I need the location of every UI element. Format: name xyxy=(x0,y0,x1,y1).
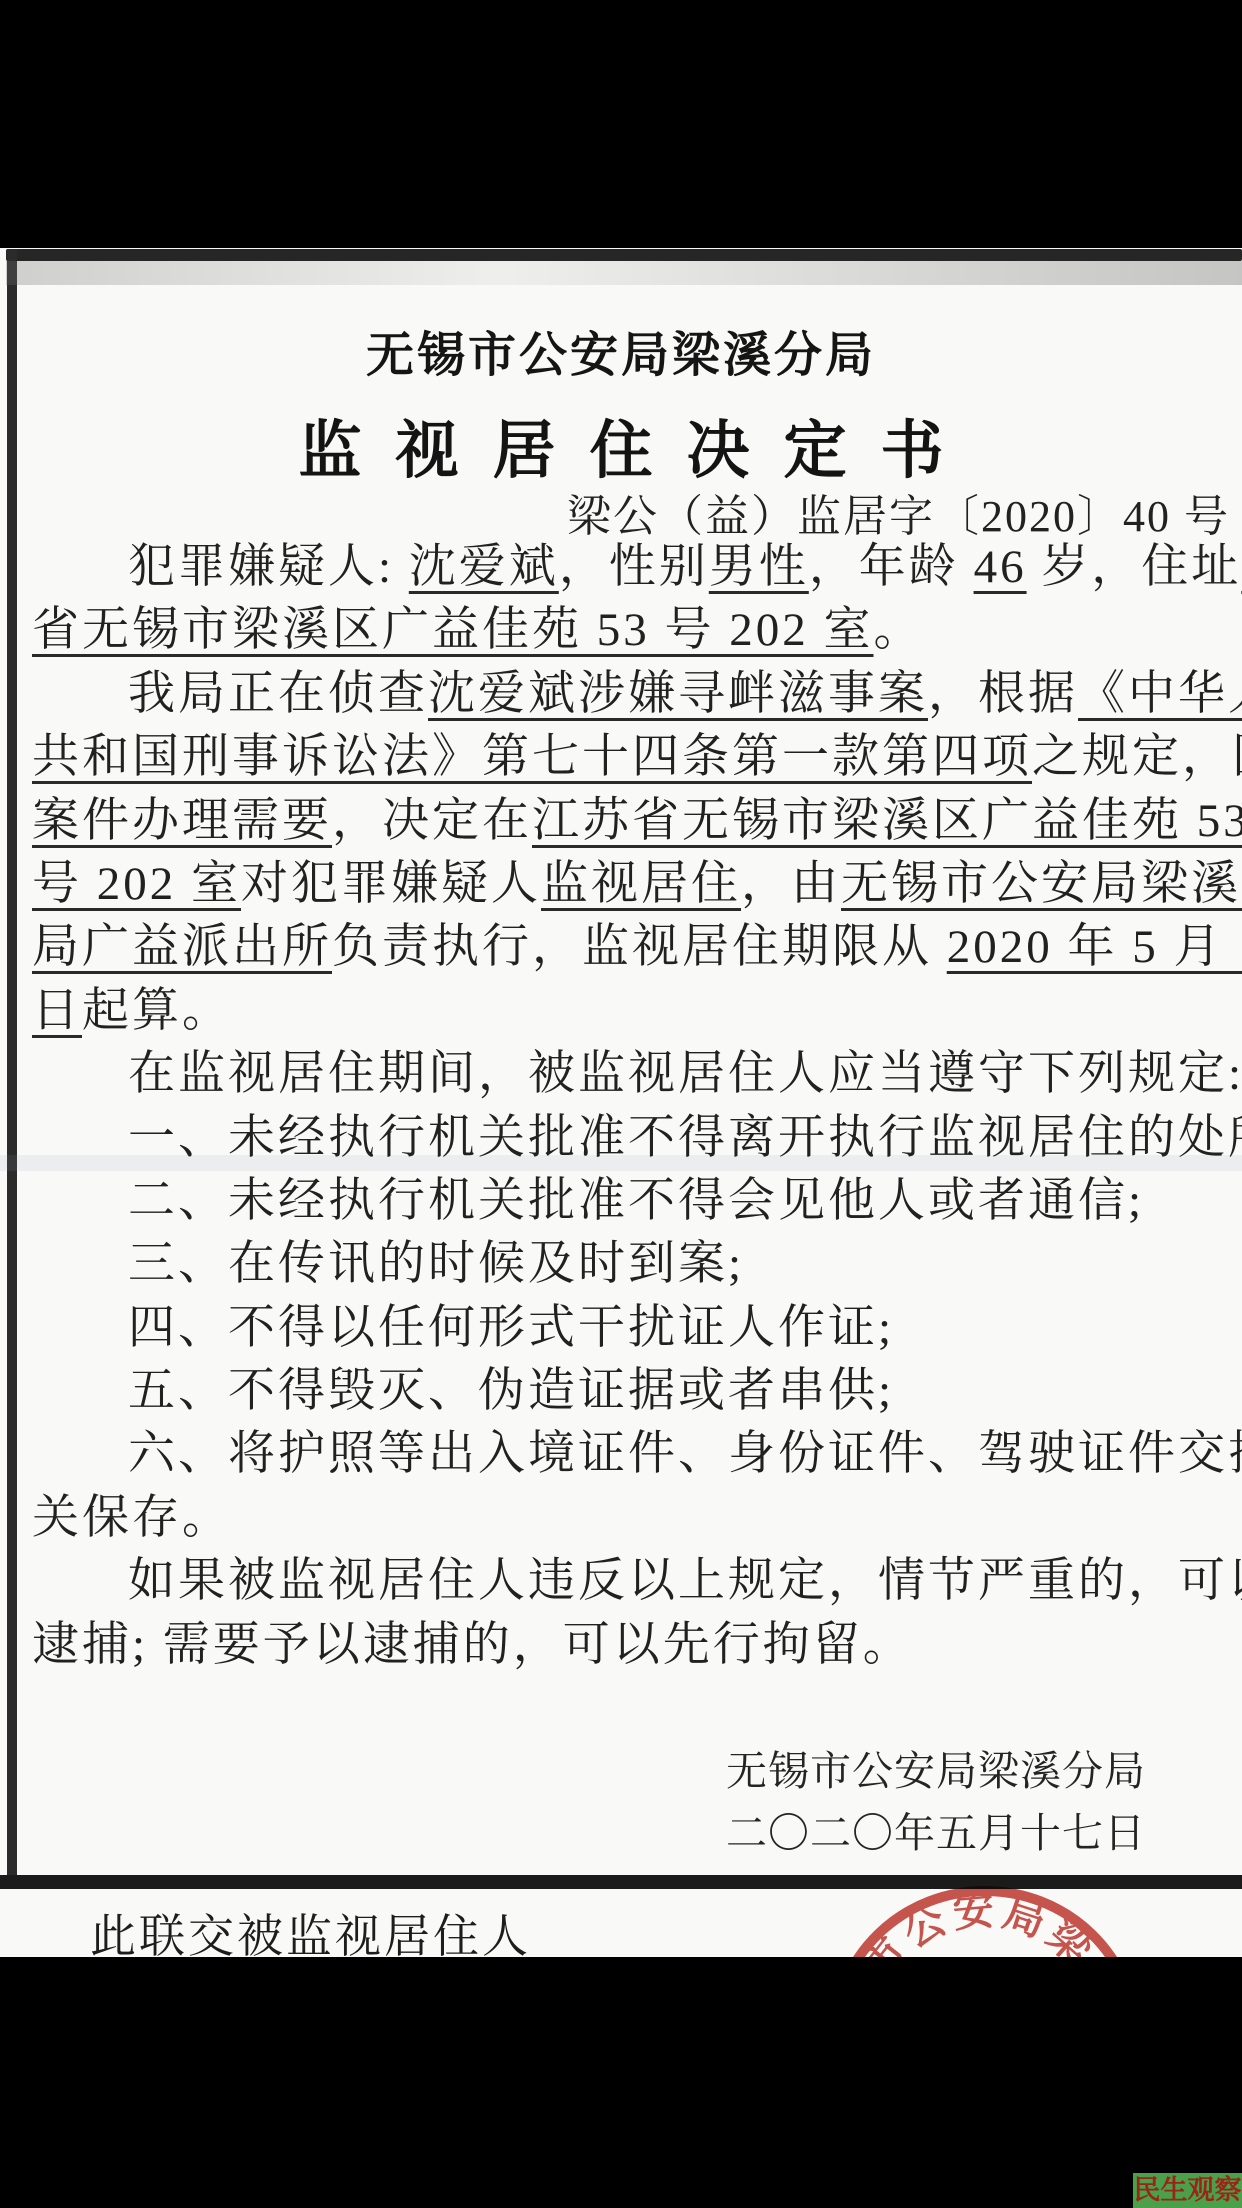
page-border-top xyxy=(6,249,1242,261)
official-seal: 无锡市公安局梁溪分局 xyxy=(820,1878,1150,2208)
page-border-bottom xyxy=(0,1875,1242,1889)
body-line: 五、不得毁灭、伪造证据或者串供; xyxy=(32,1360,1238,1423)
copy-recipient-note: 此联交被监视居住人 xyxy=(90,1900,531,1966)
filled-in-text: 局广益派出所 xyxy=(32,921,332,973)
template-text: ，性别 xyxy=(559,541,709,593)
signature-block: 无锡市公安局梁溪分局 二〇二〇年五月十七日 xyxy=(726,1740,1196,1864)
filled-in-text: 省无锡市梁溪区广益佳苑 53 号 202 室 xyxy=(32,604,874,656)
template-text: ，年龄 xyxy=(809,541,974,593)
signature-date: 二〇二〇年五月十七日 xyxy=(726,1802,1196,1864)
page-border-left xyxy=(7,249,17,1881)
body-line: 六、将护照等出入境证件、身份证件、驾驶证件交执行机 xyxy=(32,1423,1238,1486)
body-line: 局广益派出所负责执行，监视居住期限从 2020 年 5 月 17 xyxy=(32,916,1238,979)
body-line: 逮捕; 需要予以逮捕的，可以先行拘留。 xyxy=(32,1614,1238,1677)
seal-star-icon xyxy=(937,1991,1026,2076)
template-text: 犯罪嫌疑人: xyxy=(128,541,409,593)
filled-in-text: 沈爱斌 xyxy=(409,541,559,593)
template-text: 负责执行，监视居住期限从 xyxy=(332,921,947,973)
filled-in-text: 男性 xyxy=(709,541,809,593)
document-title: 监视居住决定书 xyxy=(0,400,1242,491)
body-line: 关保存。 xyxy=(32,1487,1238,1550)
body-line: 如果被监视居住人违反以上规定，情节严重的，可以予以 xyxy=(32,1550,1238,1613)
body-line: 案件办理需要，决定在江苏省无锡市梁溪区广益佳苑 53 xyxy=(32,790,1238,853)
document-page: 无锡市公安局梁溪分局 监视居住决定书 梁公（益）监居字〔2020〕40 号 犯罪… xyxy=(0,248,1242,1957)
template-text: 逮捕; 需要予以逮捕的，可以先行拘留。 xyxy=(32,1619,913,1671)
template-text: 起算。 xyxy=(82,985,232,1037)
body-line: 号 202 室对犯罪嫌疑人监视居住，由无锡市公安局梁溪分 xyxy=(32,853,1238,916)
template-text: 四、不得以任何形式干扰证人作证; xyxy=(128,1302,894,1354)
filled-in-text: 监视居住 xyxy=(541,858,741,910)
filled-in-text: 46 xyxy=(974,541,1027,593)
body-line: 四、不得以任何形式干扰证人作证; xyxy=(32,1297,1238,1360)
filled-in-text: 号 202 室 xyxy=(32,858,241,910)
body-line: 在监视居住期间，被监视居住人应当遵守下列规定: xyxy=(32,1043,1238,1106)
filled-in-text: 案件办理需要 xyxy=(32,795,332,847)
seal-ring xyxy=(834,1891,1136,2185)
seal-ring-text: 无锡市公安局梁溪分局 xyxy=(820,1878,1136,2081)
template-text: ，由 xyxy=(741,858,841,910)
template-text: 一、未经执行机关批准不得离开执行监视居住的处所; xyxy=(128,1112,1242,1164)
body-line: 日起算。 xyxy=(32,980,1238,1043)
body-line: 我局正在侦查沈爱斌涉嫌寻衅滋事案，根据《中华人民 xyxy=(32,663,1238,726)
template-text: 五、不得毁灭、伪造证据或者串供; xyxy=(128,1365,894,1417)
issuing-agency-header: 无锡市公安局梁溪分局 xyxy=(0,316,1242,385)
template-text: 对犯罪嫌疑人 xyxy=(241,858,541,910)
body-line: 二、未经执行机关批准不得会见他人或者通信; xyxy=(32,1170,1238,1233)
filled-in-text: 无锡市公安局梁溪分 xyxy=(841,858,1242,910)
signature-agency: 无锡市公安局梁溪分局 xyxy=(726,1740,1196,1802)
template-text: 。 xyxy=(874,604,924,656)
template-text: 岁，住址 xyxy=(1027,541,1242,593)
template-text: 三、在传讯的时候及时到案; xyxy=(128,1238,744,1290)
body-line: 犯罪嫌疑人: 沈爱斌，性别男性，年龄 46 岁，住址江苏 xyxy=(32,536,1238,599)
body-line: 共和国刑事诉讼法》第七十四条第一款第四项之规定，因 xyxy=(32,726,1238,789)
body-line: 一、未经执行机关批准不得离开执行监视居住的处所; xyxy=(32,1107,1238,1170)
filled-in-text: 《中华人民 xyxy=(1078,668,1242,720)
template-text: 关保存。 xyxy=(32,1492,232,1544)
template-text: 如果被监视居住人违反以上规定，情节严重的，可以予以 xyxy=(128,1555,1242,1607)
filled-in-text: 2020 年 5 月 17 xyxy=(947,921,1242,973)
template-text: 我局正在侦查 xyxy=(128,668,428,720)
body-line: 省无锡市梁溪区广益佳苑 53 号 202 室。 xyxy=(32,599,1238,662)
body-line: 三、在传讯的时候及时到案; xyxy=(32,1233,1238,1296)
template-text: ，决定在 xyxy=(332,795,532,847)
filled-in-text: 沈爱斌涉嫌寻衅滋事案 xyxy=(428,668,928,720)
template-text: 六、将护照等出入境证件、身份证件、驾驶证件交执行机 xyxy=(128,1428,1242,1480)
channel-watermark: 民生观察 xyxy=(1133,2173,1242,2208)
filled-in-text: 共和国刑事诉讼法》第七十四条第一款第四项 xyxy=(32,731,1032,783)
filled-in-text: 江苏省无锡市梁溪区广益佳苑 53 xyxy=(532,795,1242,847)
template-text: 在监视居住期间，被监视居住人应当遵守下列规定: xyxy=(128,1048,1242,1100)
document-number: 梁公（益）监居字〔2020〕40 号 xyxy=(567,480,1230,544)
template-text: 二、未经执行机关批准不得会见他人或者通信; xyxy=(128,1175,1144,1227)
template-text: ，根据 xyxy=(928,668,1078,720)
document-body: 犯罪嫌疑人: 沈爱斌，性别男性，年龄 46 岁，住址江苏省无锡市梁溪区广益佳苑 … xyxy=(32,536,1238,1677)
scan-artifact xyxy=(6,261,1242,285)
phone-screenshot: 无锡市公安局梁溪分局 监视居住决定书 梁公（益）监居字〔2020〕40 号 犯罪… xyxy=(0,0,1242,2208)
filled-in-text: 日 xyxy=(32,985,82,1037)
template-text: 之规定，因 xyxy=(1032,731,1242,783)
